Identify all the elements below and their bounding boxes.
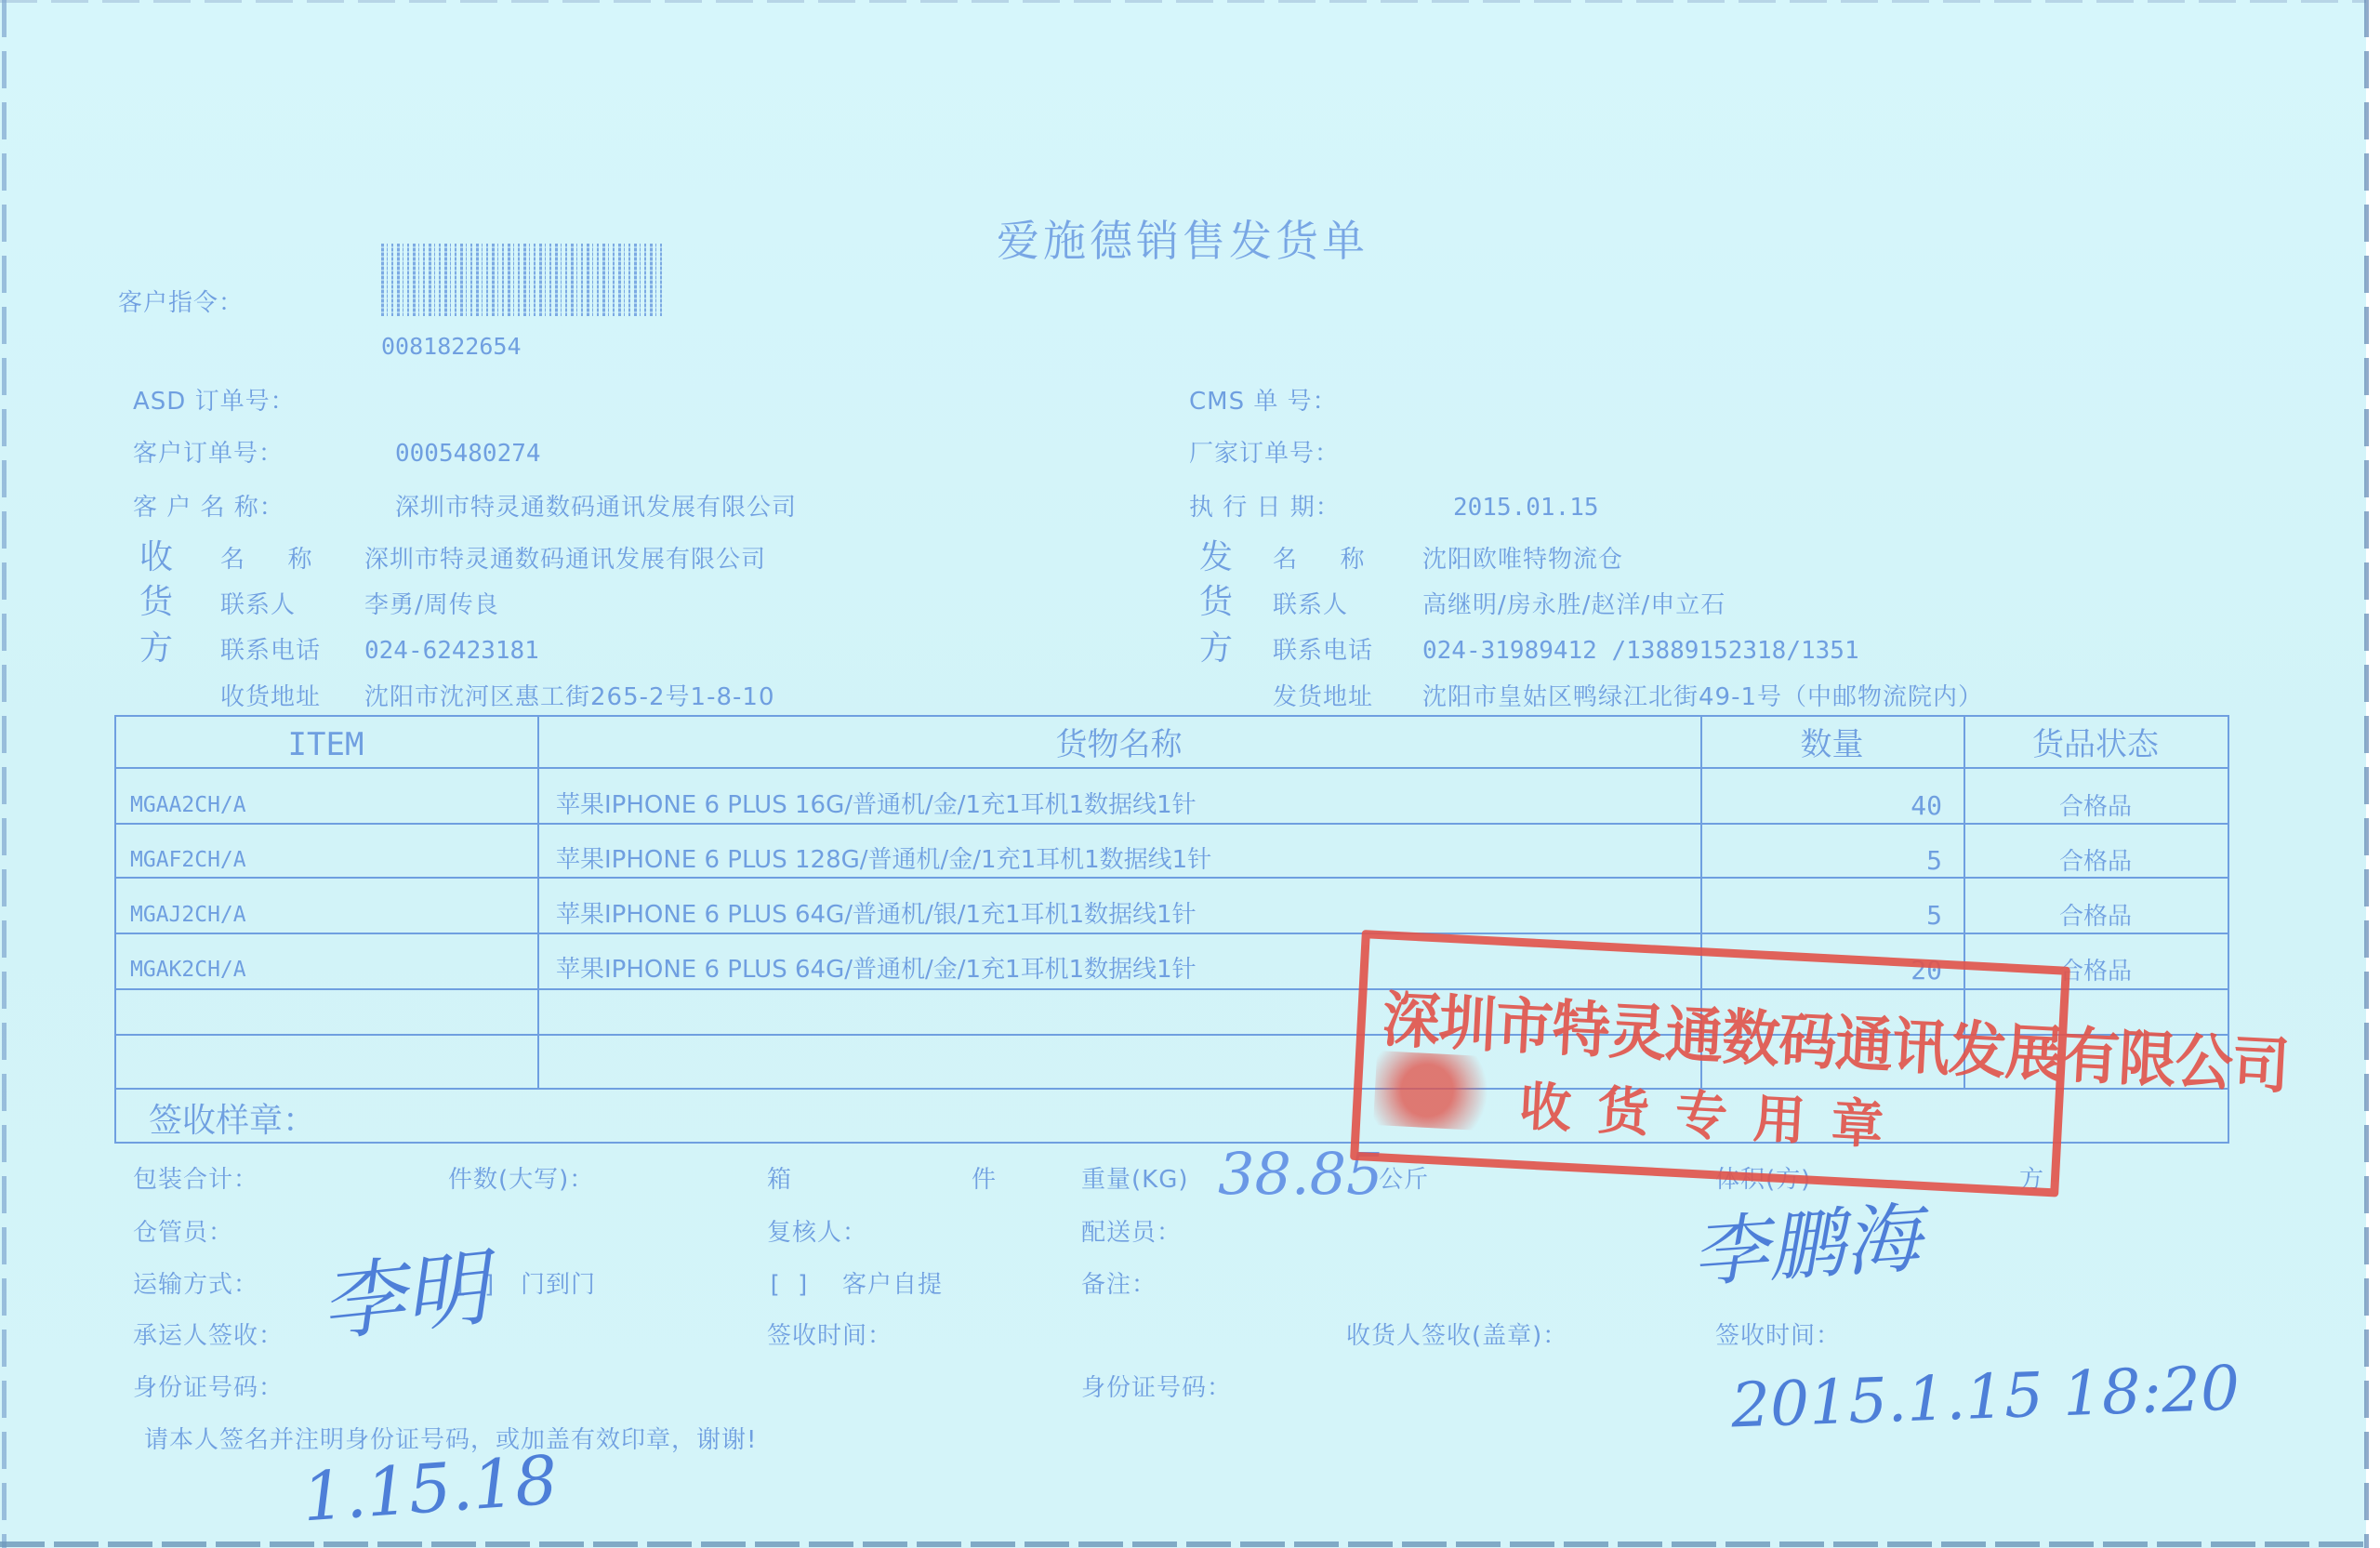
row-status: 合格品	[1963, 905, 2228, 929]
sender-phone-value: 024-31989412 /13889152318/1351	[1422, 639, 1859, 663]
sender-name-label: 名 称	[1273, 548, 1374, 572]
sender-phone-label: 联系电话	[1273, 639, 1373, 663]
factory-order-label: 厂家订单号：	[1189, 442, 1340, 466]
sender-name-value: 沈阳欧唯特物流仓	[1422, 548, 1623, 572]
column-header-quantity: 数量	[1700, 729, 1963, 761]
weight-unit: 公斤	[1379, 1168, 1429, 1192]
receiver-phone-label: 联系电话	[220, 639, 321, 663]
sign-stamp-label: 签收样章：	[149, 1105, 316, 1138]
customer-name-value: 深圳市特灵通数码通讯发展有限公司	[395, 496, 797, 520]
receiver-sign-label: 收货人签收(盖章)：	[1346, 1324, 1567, 1348]
package-total-label: 包装合计：	[133, 1168, 258, 1192]
receiver-name-value: 深圳市特灵通数码通讯发展有限公司	[364, 548, 766, 572]
row-status: 合格品	[1963, 850, 2228, 874]
customer-instruction-label: 客户指令：	[118, 291, 244, 315]
self-pickup-label: 客户自提	[842, 1273, 943, 1297]
sender-address-value: 沈阳市皇姑区鸭绿江北街49-1号（中邮物流院内）	[1422, 685, 1983, 709]
row-quantity: 5	[1700, 903, 1942, 929]
asd-order-label: ASD 订单号：	[133, 390, 296, 414]
sender-side-char-1: 发	[1199, 541, 1234, 575]
receiver-contact-value: 李勇/周传良	[364, 593, 499, 617]
receiver-phone-value: 024-62423181	[364, 639, 539, 663]
exec-date-label: 执 行 日 期：	[1189, 496, 1341, 520]
door-to-door-label: 门到门	[521, 1273, 596, 1297]
row-quantity: 40	[1700, 793, 1942, 819]
column-header-status: 货品状态	[1963, 729, 2228, 761]
row-goods-name: 苹果IPHONE 6 PLUS 128G/普通机/金/1充1耳机1数据线1针	[556, 848, 1211, 872]
document-title: 爱施德销售发货单	[997, 219, 1368, 262]
carrier-sign-label: 承运人签收：	[133, 1324, 284, 1348]
cms-order-label: CMS 单 号：	[1189, 390, 1338, 414]
transport-method-label: 运输方式：	[133, 1273, 258, 1297]
receiver-sign-time: 2015.1.15 18:20	[1730, 1357, 2241, 1436]
receiver-side-char-2: 货	[139, 586, 174, 619]
sender-side-char-2: 货	[1199, 586, 1234, 619]
sender-contact-value: 高继明/房永胜/赵洋/申立石	[1422, 593, 1725, 617]
receiver-side-char-1: 收	[139, 541, 174, 575]
barcode	[381, 244, 665, 316]
row-item-code: MGAK2CH/A	[130, 959, 246, 981]
pieces-label: 件数(大写)：	[448, 1168, 594, 1192]
row-goods-name: 苹果IPHONE 6 PLUS 64G/普通机/银/1充1耳机1数据线1针	[556, 903, 1197, 927]
receiver-address-label: 收货地址	[220, 685, 321, 709]
row-item-code: MGAA2CH/A	[130, 795, 246, 816]
warehouse-keeper-label: 仓管员：	[133, 1221, 233, 1245]
remarks-label: 备注：	[1081, 1273, 1157, 1297]
sender-address-label: 发货地址	[1273, 685, 1373, 709]
customer-order-label: 客户订单号：	[133, 442, 284, 466]
carrier-sign-time: 1.15.18	[300, 1447, 560, 1531]
sender-contact-label: 联系人	[1273, 593, 1348, 617]
receiver-contact-label: 联系人	[220, 593, 296, 617]
deliverer-label: 配送员：	[1081, 1221, 1182, 1245]
carrier-id-label: 身份证号码：	[133, 1376, 284, 1400]
customer-name-label: 客 户 名 称：	[133, 496, 284, 520]
exec-date-value: 2015.01.15	[1453, 496, 1599, 520]
barcode-number: 0081822654	[381, 335, 522, 358]
row-item-code: MGAJ2CH/A	[130, 905, 246, 926]
column-header-goods-name: 货物名称	[537, 729, 1700, 761]
receiving-stamp: 深圳市特灵通数码通讯发展有限公司 收货专用章	[1350, 930, 2070, 1197]
customer-order-value: 0005480274	[395, 442, 541, 466]
column-header-item: ITEM	[114, 729, 537, 761]
box-label: 箱	[767, 1168, 792, 1192]
sender-side-char-3: 方	[1199, 632, 1234, 666]
row-goods-name: 苹果IPHONE 6 PLUS 64G/普通机/金/1充1耳机1数据线1针	[556, 958, 1197, 982]
row-goods-name: 苹果IPHONE 6 PLUS 16G/普通机/金/1充1耳机1数据线1针	[556, 793, 1197, 817]
perforation-right	[2364, 0, 2369, 1548]
receiver-side-char-3: 方	[139, 632, 174, 666]
receiver-signature: 李鹏海	[1689, 1201, 1923, 1293]
receiver-name-label: 名 称	[220, 548, 322, 572]
receiver-id-label: 身份证号码：	[1081, 1376, 1232, 1400]
self-pickup-checkbox[interactable]: [ ]	[767, 1273, 811, 1297]
reviewer-label: 复核人：	[767, 1221, 867, 1245]
row-quantity: 5	[1700, 848, 1942, 874]
receiver-sign-time-label: 签收时间：	[1715, 1324, 1841, 1348]
perforation-left	[2, 0, 7, 1548]
receiver-address-value: 沈阳市沈河区惠工街265-2号1-8-10	[364, 685, 774, 709]
carrier-signature: 李明	[317, 1247, 492, 1347]
piece-label: 件	[972, 1168, 997, 1192]
perforation-bottom	[0, 1541, 2366, 1547]
carrier-sign-time-label: 签收时间：	[767, 1324, 892, 1348]
row-item-code: MGAF2CH/A	[130, 850, 246, 871]
perforation-top	[0, 0, 2366, 3]
weight-label: 重量(KG)	[1081, 1168, 1189, 1192]
row-status: 合格品	[1963, 795, 2228, 819]
